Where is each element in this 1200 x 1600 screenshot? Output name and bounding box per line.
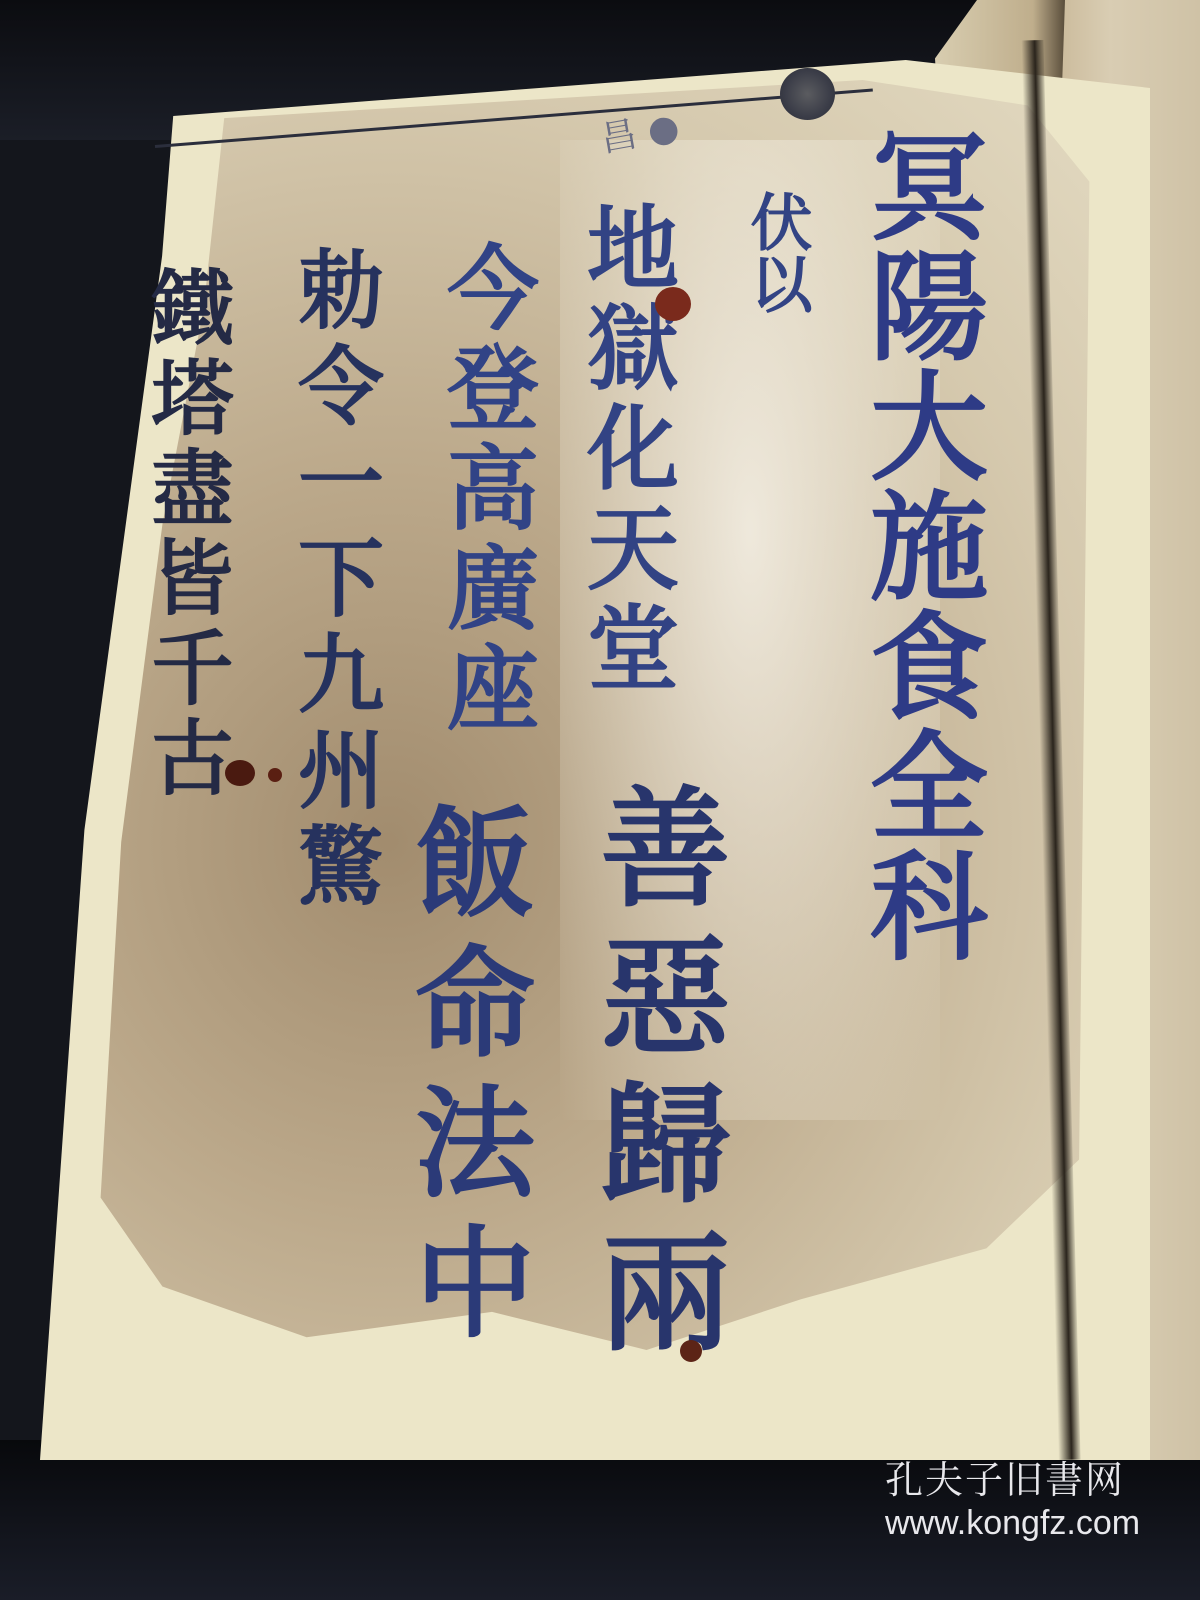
text-column-2: 地獄化天堂 xyxy=(580,200,672,700)
red-ink-dot xyxy=(225,760,255,786)
text-column-6: 善惡歸兩 xyxy=(590,780,720,1372)
red-ink-dot xyxy=(268,768,282,782)
watermark-name: 孔夫子旧書网 xyxy=(885,1458,1185,1502)
text-column-4: 勅令一下九州驚 xyxy=(290,245,376,917)
text-column-3: 今登高廣座 xyxy=(440,240,532,740)
text-column-7: 飯命法中 xyxy=(405,800,525,1360)
dark-stain-mark xyxy=(780,68,835,120)
title-column: 冥陽大施食全科 xyxy=(860,125,978,965)
watermark: 孔夫子旧書网 www.kongfz.com xyxy=(885,1458,1185,1542)
red-ink-dot xyxy=(680,1340,702,1362)
red-ink-dot xyxy=(655,287,691,321)
watermark-url: www.kongfz.com xyxy=(885,1504,1185,1542)
text-column-5: 鐵塔盡皆千古 xyxy=(145,265,227,805)
text-column-fuyi: 伏以 xyxy=(745,190,807,314)
